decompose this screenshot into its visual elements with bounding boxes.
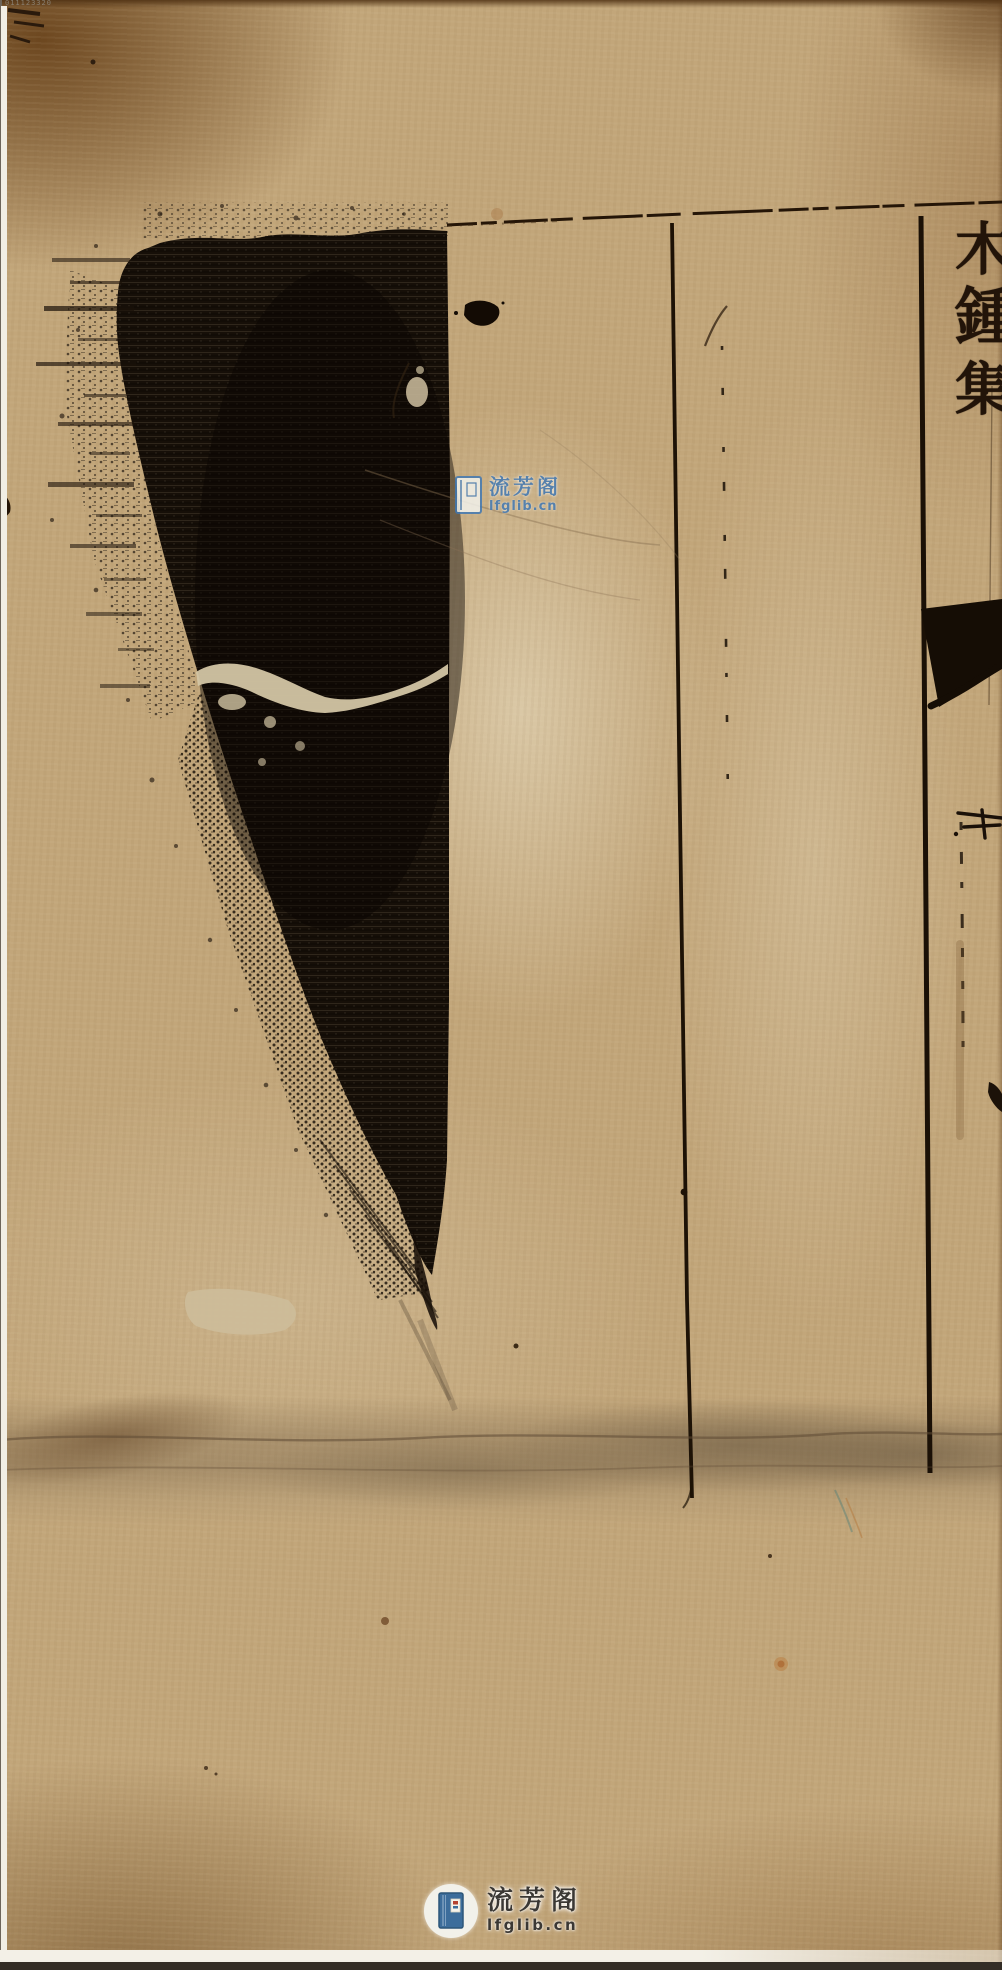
column-rule-center <box>672 223 692 1498</box>
dotted-rule-center <box>722 346 728 800</box>
top-edge-shade <box>0 0 1002 8</box>
center-watermark-name: 流芳阁 <box>489 476 561 499</box>
scan-backing-strip-bottom <box>0 1950 1002 1962</box>
header-rule <box>447 202 1002 225</box>
paper-specks <box>50 204 772 1776</box>
ink-block <box>921 599 1002 707</box>
horizontal-crease-stain <box>0 1396 1002 1526</box>
edge-glyph-fragment <box>954 810 1002 838</box>
footer-watermark: 流芳阁 lfglib.cn <box>424 1884 583 1938</box>
scan-artifacts-layer <box>0 0 1002 1970</box>
center-watermark-url: lfglib.cn <box>489 499 561 514</box>
center-watermark: 流芳阁 lfglib.cn <box>455 476 561 514</box>
paper-stains <box>381 208 788 1671</box>
title-char: 木 <box>955 222 1002 279</box>
dotted-rule-right <box>961 822 963 1058</box>
paper-scratches <box>0 306 1002 1538</box>
corner-marks <box>0 10 96 1163</box>
scan-edge-bottom <box>0 1962 1002 1970</box>
book-icon <box>455 476 482 514</box>
diagonal-crease <box>0 1372 255 1504</box>
scan-backing-strip-left <box>1 6 7 1964</box>
title-column: 木 鍾 集 <box>947 220 1002 450</box>
corner-code: 011123320 <box>5 0 52 7</box>
title-char: 鍾 <box>955 286 1002 348</box>
footer-watermark-badge <box>424 1884 478 1938</box>
book-icon <box>435 1891 467 1931</box>
title-char: 集 <box>955 362 1002 419</box>
page-rules <box>447 202 1002 1508</box>
page-scan: 木 鍾 集 011123320 流芳阁 lfglib.cn <box>0 0 1002 1970</box>
footer-watermark-name: 流芳阁 <box>487 1888 583 1915</box>
footer-watermark-url: lfglib.cn <box>487 1916 583 1934</box>
paper-texture <box>0 0 1002 1970</box>
column-rule-right <box>921 216 930 1473</box>
ink-blot <box>36 202 505 1410</box>
